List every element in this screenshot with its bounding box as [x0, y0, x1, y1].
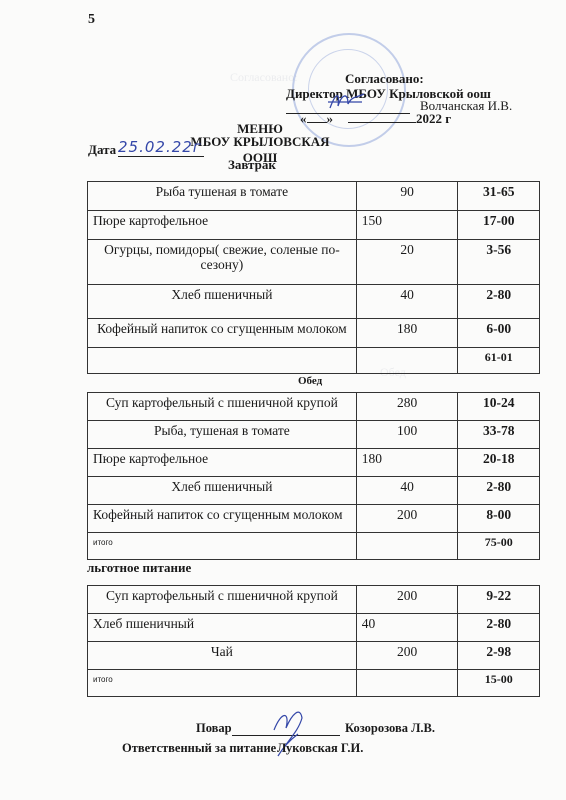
table-row: Хлеб пшеничный402-80: [88, 614, 540, 642]
dish-name: Пюре картофельное: [88, 449, 357, 477]
table-row: Пюре картофельное18020-18: [88, 449, 540, 477]
bleed-through-text: Согласовано:: [230, 70, 298, 85]
total-row: 61-01: [88, 348, 540, 374]
total-weight-empty: [356, 670, 458, 697]
table-row: Кофейный напиток со сгущенным молоком180…: [88, 319, 540, 348]
dish-name: Рыба тушеная в томате: [88, 182, 357, 211]
dish-price: 33-78: [458, 421, 540, 449]
discount-heading: льготное питание: [87, 560, 191, 576]
dish-name: Рыба, тушеная в томате: [88, 421, 357, 449]
dish-weight: 90: [356, 182, 458, 211]
dish-price: 6-00: [458, 319, 540, 348]
dish-name: Пюре картофельное: [88, 211, 357, 240]
table-row: Рыба, тушеная в томате10033-78: [88, 421, 540, 449]
dish-weight: 200: [356, 505, 458, 533]
table-row: Рыба тушеная в томате9031-65: [88, 182, 540, 211]
breakfast-heading: Завтрак: [228, 157, 276, 173]
dish-weight: 180: [356, 319, 458, 348]
table-row: Хлеб пшеничный402-80: [88, 477, 540, 505]
dish-price: 20-18: [458, 449, 540, 477]
responsible-label: Ответственный за питание: [122, 741, 276, 756]
date-value: 25.02.22г: [118, 138, 204, 157]
dish-price: 8-00: [458, 505, 540, 533]
dish-weight: 20: [356, 240, 458, 285]
total-label: итого: [88, 670, 357, 697]
approval-date-year: 2022 г: [348, 111, 451, 127]
table-row: Суп картофельный с пшеничной крупой28010…: [88, 393, 540, 421]
total-row: итого15-00: [88, 670, 540, 697]
date-label: Дата: [88, 142, 116, 158]
cook-label: Повар: [196, 721, 232, 736]
discount-table: Суп картофельный с пшеничной крупой2009-…: [87, 585, 540, 697]
total-price: 15-00: [458, 670, 540, 697]
dish-weight: 100: [356, 421, 458, 449]
dish-name: Суп картофельный с пшеничной крупой: [88, 586, 357, 614]
dish-price: 3-56: [458, 240, 540, 285]
dish-name: Суп картофельный с пшеничной крупой: [88, 393, 357, 421]
dish-weight: 40: [356, 285, 458, 319]
total-weight-empty: [356, 348, 458, 374]
dish-weight: 280: [356, 393, 458, 421]
dish-name: Огурцы, помидоры( свежие, соленые по-сез…: [88, 240, 357, 285]
page-number: 5: [88, 12, 95, 28]
dish-name: Чай: [88, 642, 357, 670]
total-weight-empty: [356, 533, 458, 560]
approval-heading: Согласовано:: [345, 71, 424, 87]
table-row: Пюре картофельное15017-00: [88, 211, 540, 240]
total-price: 75-00: [458, 533, 540, 560]
table-row: Суп картофельный с пшеничной крупой2009-…: [88, 586, 540, 614]
dish-weight: 150: [356, 211, 458, 240]
dish-price: 2-98: [458, 642, 540, 670]
total-row: итого75-00: [88, 533, 540, 560]
table-row: Кофейный напиток со сгущенным молоком200…: [88, 505, 540, 533]
cook-name: Козорозова Л.В.: [345, 721, 435, 736]
dish-name: Хлеб пшеничный: [88, 477, 357, 505]
dish-weight: 40: [356, 477, 458, 505]
total-price: 61-01: [458, 348, 540, 374]
dish-name: Хлеб пшеничный: [88, 285, 357, 319]
responsible-name: Луковская Г.И.: [277, 741, 363, 756]
dish-price: 2-80: [458, 477, 540, 505]
dish-weight: 200: [356, 586, 458, 614]
lunch-heading: Обед: [298, 375, 322, 387]
dish-price: 31-65: [458, 182, 540, 211]
table-row: Огурцы, помидоры( свежие, соленые по-сез…: [88, 240, 540, 285]
breakfast-table: Рыба тушеная в томате9031-65Пюре картофе…: [87, 181, 540, 374]
lunch-table: Суп картофельный с пшеничной крупой28010…: [87, 392, 540, 560]
dish-name: Кофейный напиток со сгущенным молоком: [88, 505, 357, 533]
total-label: итого: [88, 533, 357, 560]
dish-name: Хлеб пшеничный: [88, 614, 357, 642]
dish-weight: 200: [356, 642, 458, 670]
dish-name: Кофейный напиток со сгущенным молоком: [88, 319, 357, 348]
dish-weight: 40: [356, 614, 458, 642]
dish-price: 9-22: [458, 586, 540, 614]
table-row: Чай2002-98: [88, 642, 540, 670]
dish-price: 2-80: [458, 285, 540, 319]
table-row: Хлеб пшеничный402-80: [88, 285, 540, 319]
dish-weight: 180: [356, 449, 458, 477]
dish-price: 17-00: [458, 211, 540, 240]
dish-price: 10-24: [458, 393, 540, 421]
dish-price: 2-80: [458, 614, 540, 642]
total-label: [88, 348, 357, 374]
